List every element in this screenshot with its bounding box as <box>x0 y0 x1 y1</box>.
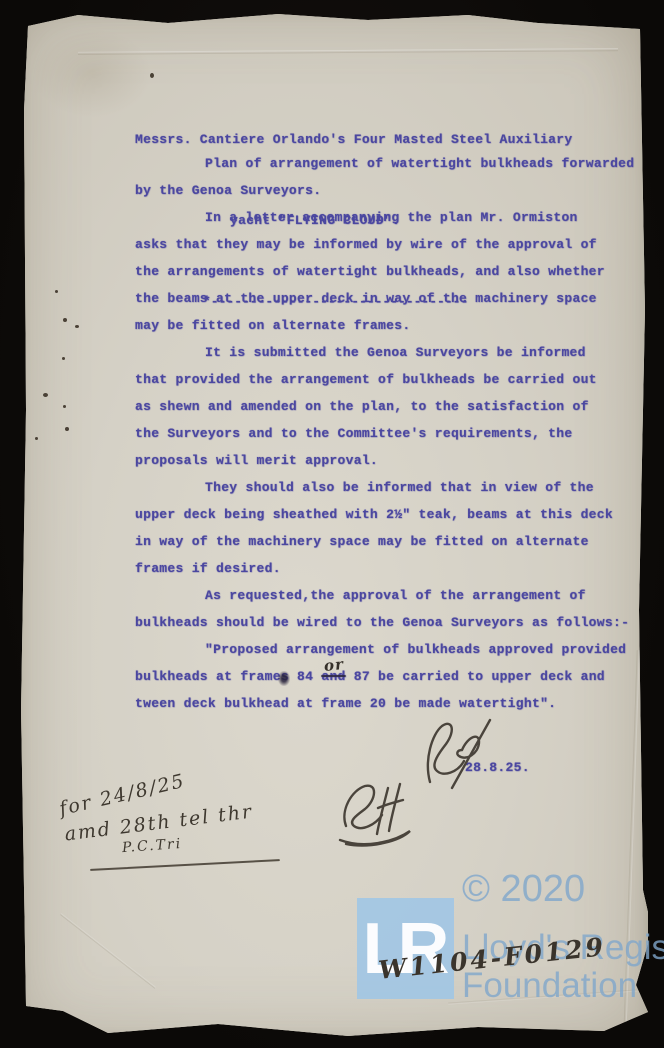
paper-speck <box>55 290 58 293</box>
struck-out-word: andor <box>321 669 345 684</box>
signature-initials-2 <box>332 776 427 851</box>
handwritten-note-line3: P.C.Tri <box>122 836 183 856</box>
paper-speck <box>65 427 69 431</box>
paper-sheet: Messrs. Cantiere Orlando's Four Masted S… <box>18 10 648 1040</box>
typed-line: tween deck bulkhead at frame 20 be made … <box>135 690 620 717</box>
typed-line: "Proposed arrangement of bulkheads appro… <box>135 636 620 663</box>
paper-crease <box>60 913 156 988</box>
paper-crease <box>78 48 618 55</box>
paper-speck <box>63 318 67 322</box>
typed-line: proposals will merit approval. <box>135 447 620 474</box>
typed-line: by the Genoa Surveyors. <box>135 177 620 204</box>
title-line-1: Messrs. Cantiere Orlando's Four Masted S… <box>135 126 605 153</box>
typed-line: In a letter accompanying the plan Mr. Or… <box>135 204 620 231</box>
typed-line: the Surveyors and to the Committee's req… <box>135 420 620 447</box>
paper-speck <box>43 393 48 397</box>
typed-line: as shewn and amended on the plan, to the… <box>135 393 620 420</box>
typed-body: Plan of arrangement of watertight bulkhe… <box>135 150 620 717</box>
paper-crease <box>623 650 640 1040</box>
typed-line: that provided the arrangement of bulkhea… <box>135 366 620 393</box>
typed-line: upper deck being sheathed with 2½" teak,… <box>135 501 620 528</box>
typed-line: bulkheads at frames 84 andor 87 be carri… <box>135 663 620 690</box>
typed-line: They should also be informed that in vie… <box>135 474 620 501</box>
handwritten-correction: or <box>323 651 346 680</box>
paper-stain <box>32 28 152 118</box>
ink-blot: s <box>281 669 289 684</box>
typed-line: asks that they may be informed by wire o… <box>135 231 620 258</box>
typed-line: As requested,the approval of the arrange… <box>135 582 620 609</box>
typed-line: the beams at the upper deck in way of th… <box>135 285 620 312</box>
typed-line: may be fitted on alternate frames. <box>135 312 620 339</box>
paper-speck <box>63 405 66 408</box>
typed-line: in way of the machinery space may be fit… <box>135 528 620 555</box>
typed-line: It is submitted the Genoa Surveyors be i… <box>135 339 620 366</box>
paper-speck <box>75 325 79 328</box>
typed-text: 87 be carried to upper deck and <box>346 669 605 684</box>
typed-line: the arrangements of watertight bulkheads… <box>135 258 620 285</box>
typed-line: Plan of arrangement of watertight bulkhe… <box>135 150 620 177</box>
handwritten-underline <box>90 859 280 871</box>
typed-line: bulkheads should be wired to the Genoa S… <box>135 609 620 636</box>
paper-speck <box>35 437 38 440</box>
typed-text: 84 <box>289 669 321 684</box>
paper-crease <box>448 989 638 1004</box>
photo-background: Messrs. Cantiere Orlando's Four Masted S… <box>0 0 664 1048</box>
paper-speck <box>62 357 65 360</box>
typed-text: bulkheads at frame <box>135 669 281 684</box>
typed-line: frames if desired. <box>135 555 620 582</box>
